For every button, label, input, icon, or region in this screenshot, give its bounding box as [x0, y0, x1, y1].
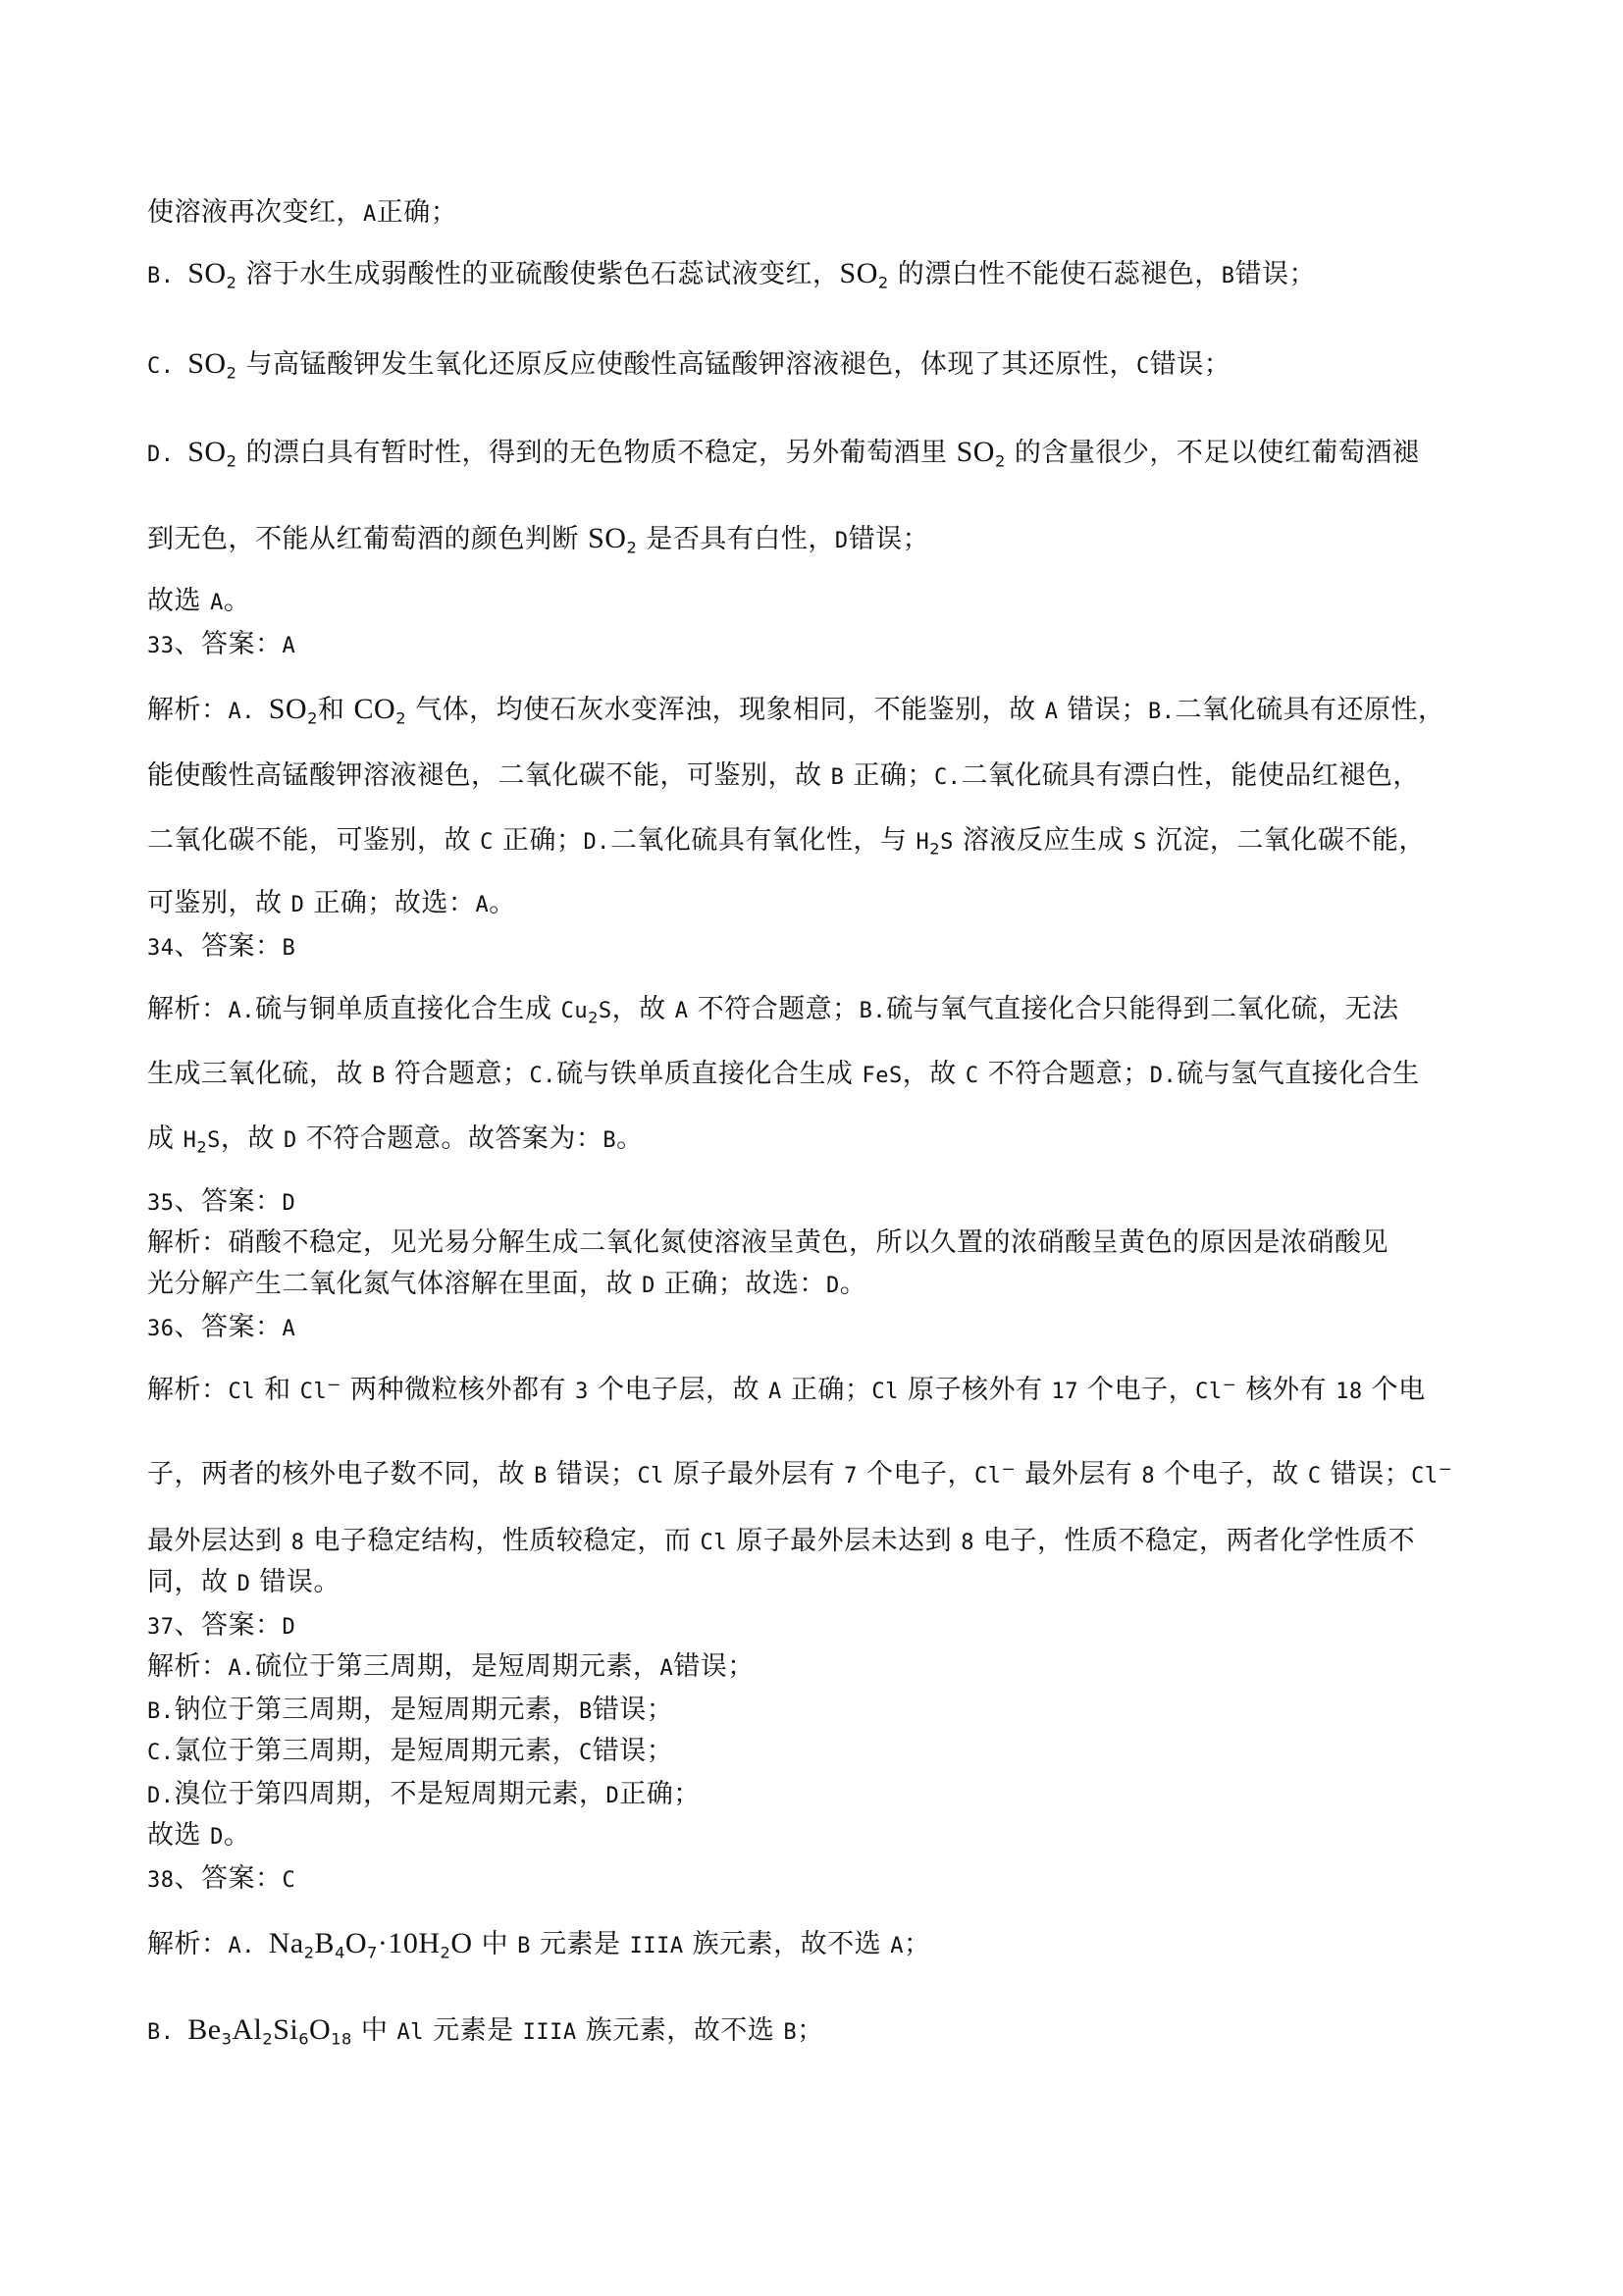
- text-segment: 解析：硝酸不稳定，见光易分解生成二氧化氮使溶液呈黄色，所以久置的浓硝酸呈黄色的原…: [147, 1227, 1388, 1258]
- text-segment: B.: [147, 264, 187, 288]
- text-segment: SO: [840, 257, 878, 289]
- text-segment: 2: [196, 1138, 207, 1157]
- text-segment: O: [345, 1927, 367, 1959]
- text-segment: 2: [307, 709, 318, 728]
- text-segment: 生成三氧化硫，故: [147, 1059, 372, 1089]
- text-segment: Cl: [229, 1380, 256, 1404]
- text-segment: S: [599, 999, 612, 1023]
- text-line: 35、答案：D: [147, 1185, 295, 1221]
- text-segment: D: [283, 1615, 296, 1640]
- text-segment: 正确；: [782, 1375, 872, 1405]
- text-segment: B: [831, 765, 845, 790]
- text-segment: ；: [904, 1929, 931, 1959]
- text-segment: SO: [269, 693, 307, 725]
- text-segment: IIIA: [523, 2020, 577, 2045]
- text-segment: 错误；: [593, 1695, 674, 1725]
- text-line: 最外层达到 8 电子稳定结构，性质较稳定，而 Cl 原子最外层未达到 8 电子，…: [147, 1525, 1415, 1560]
- text-line: 33、答案：A: [147, 628, 295, 663]
- text-segment: 错误；: [1150, 349, 1231, 380]
- text-segment: 符合题意；: [386, 1059, 530, 1089]
- text-segment: B: [283, 936, 296, 961]
- text-segment: 二氧化碳不能，可鉴别，故: [147, 825, 480, 856]
- text-segment: 、答案：: [175, 1863, 283, 1894]
- text-segment: D.: [1150, 1064, 1178, 1088]
- text-segment: 两种微粒核外都有: [341, 1375, 575, 1405]
- text-segment: 使溶液再次变红，: [147, 197, 363, 228]
- text-segment: 2: [262, 2030, 273, 2049]
- text-segment: 18: [1335, 1380, 1363, 1404]
- text-segment: B.: [860, 999, 887, 1023]
- text-segment: 、答案：: [175, 1610, 283, 1641]
- text-segment: A.: [229, 700, 269, 724]
- text-line: 34、答案：B: [147, 930, 295, 965]
- text-segment: C: [966, 1064, 979, 1088]
- text-segment: C: [1308, 1464, 1322, 1488]
- text-line: B.钠位于第三周期，是短周期元素，B错误；: [147, 1694, 673, 1729]
- text-segment: SO: [957, 436, 995, 468]
- text-line: B. Be3Al2Si6O18 中 Al 元素是 IIIA 族元素，故不选 B；: [147, 2013, 824, 2050]
- text-segment: 元素是: [424, 2015, 523, 2046]
- text-segment: B: [579, 1699, 593, 1724]
- text-segment: D: [291, 893, 305, 917]
- text-segment: 中: [473, 1929, 518, 1959]
- text-line: 可鉴别，故 D 正确；故选：A。: [147, 887, 516, 922]
- text-segment: ，故: [903, 1059, 966, 1089]
- text-line: D.溴位于第四周期，不是短周期元素，D正确；: [147, 1778, 701, 1813]
- text-segment: Cl: [871, 1380, 899, 1404]
- text-line: 解析：A. Na2B4O7·10H2O 中 B 元素是 IIIA 族元素，故不选…: [147, 1927, 931, 1963]
- text-segment: Al: [232, 2013, 262, 2046]
- text-line: 解析：硝酸不稳定，见光易分解生成二氧化氮使溶液呈黄色，所以久置的浓硝酸呈黄色的原…: [147, 1226, 1388, 1260]
- text-segment: 错误；: [1322, 1459, 1412, 1489]
- text-segment: 。: [489, 888, 516, 918]
- text-segment: Cl: [300, 1380, 328, 1404]
- text-segment: 38: [147, 1868, 175, 1893]
- text-segment: D: [826, 1274, 840, 1298]
- text-line: 使溶液再次变红，A正确；: [147, 196, 457, 232]
- text-segment: Cl: [637, 1464, 664, 1488]
- text-segment: S: [1133, 830, 1147, 855]
- text-segment: 2: [395, 709, 406, 728]
- text-line: D. SO2 的漂白具有暂时性，得到的无色物质不稳定，另外葡萄酒里 SO2 的含…: [147, 436, 1419, 472]
- text-segment: Cl: [1195, 1380, 1223, 1404]
- text-segment: B.: [147, 2020, 187, 2045]
- document-page: 使溶液再次变红，A正确；B. SO2 溶于水生成弱酸性的亚硫酸使紫色石蕊试液变红…: [0, 0, 1623, 2296]
- text-segment: 沉淀，二氧化碳不能，: [1147, 825, 1426, 856]
- text-segment: 2: [626, 539, 637, 557]
- text-segment: 是否具有白性，: [637, 524, 835, 554]
- text-segment: ；: [797, 2015, 824, 2046]
- text-segment: C: [1136, 354, 1150, 379]
- text-segment: 2: [878, 274, 889, 292]
- text-segment: C: [283, 1868, 296, 1893]
- text-segment: 解析：: [147, 1375, 229, 1405]
- text-segment: CO: [354, 693, 396, 725]
- text-segment: C.: [147, 354, 187, 379]
- text-segment: SO: [588, 522, 626, 554]
- text-segment: 2: [588, 1009, 599, 1027]
- text-segment: B: [315, 1927, 336, 1959]
- text-segment: 2: [304, 1944, 315, 1962]
- text-segment: 族元素，故不选: [684, 1929, 891, 1959]
- text-segment: 和: [318, 695, 354, 725]
- text-segment: C: [579, 1741, 593, 1765]
- text-segment: 。: [224, 586, 251, 616]
- text-segment: 2: [227, 452, 237, 471]
- text-segment: 成: [147, 1123, 183, 1154]
- text-line: 光分解产生二氧化氮气体溶解在里面，故 D 正确；故选：D。: [147, 1268, 866, 1303]
- text-segment: 2: [227, 364, 237, 383]
- text-line: 36、答案：A: [147, 1311, 295, 1346]
- text-segment: 子，两者的核外电子数不同，故: [147, 1459, 534, 1489]
- text-segment: D: [606, 1784, 620, 1808]
- text-segment: ⁻: [1001, 1459, 1016, 1489]
- text-segment: 不符合题意；: [689, 994, 860, 1024]
- text-segment: D: [237, 1572, 251, 1596]
- text-segment: 2: [995, 452, 1006, 471]
- text-segment: A: [363, 202, 377, 227]
- text-line: C.氯位于第三周期，是短周期元素，C错误；: [147, 1735, 673, 1770]
- text-segment: 硫位于第三周期，是短周期元素，: [255, 1651, 660, 1682]
- text-segment: 3: [575, 1380, 589, 1404]
- text-segment: C.: [934, 765, 962, 790]
- text-segment: ，故: [612, 994, 675, 1024]
- text-segment: Al: [397, 2020, 425, 2045]
- text-segment: Cl: [1411, 1464, 1439, 1488]
- text-segment: 溶于水生成弱酸性的亚硫酸使紫色石蕊试液变红，: [236, 259, 839, 289]
- text-segment: 二氧化硫具有氧化性，与: [610, 825, 916, 856]
- text-segment: ⁻: [1223, 1375, 1237, 1405]
- text-segment: A: [675, 999, 689, 1023]
- text-line: 二氧化碳不能，可鉴别，故 C 正确；D.二氧化硫具有氧化性，与 H2S 溶液反应…: [147, 824, 1426, 860]
- text-segment: 8: [291, 1531, 305, 1555]
- text-segment: D: [642, 1274, 655, 1298]
- text-segment: 个电子，: [858, 1459, 974, 1489]
- text-line: 解析：A.硫与铜单质直接化合生成 Cu2S，故 A 不符合题意；B.硫与氧气直接…: [147, 993, 1399, 1028]
- text-line: 同，故 D 错误。: [147, 1566, 340, 1601]
- text-segment: 37: [147, 1615, 175, 1640]
- text-segment: A.: [229, 1934, 269, 1958]
- text-line: C. SO2 与高锰酸钾发生氧化还原反应使酸性高锰酸钾溶液褪色，体现了其还原性，…: [147, 347, 1230, 384]
- text-segment: 硫与氢气直接化合生: [1177, 1059, 1420, 1089]
- text-segment: A: [768, 1380, 782, 1404]
- text-segment: 个电子，故: [1155, 1459, 1308, 1489]
- text-segment: B.: [1148, 700, 1176, 724]
- text-segment: D.: [147, 443, 187, 467]
- text-segment: 硫与铁单质直接化合生成: [556, 1059, 863, 1089]
- text-segment: Cu: [561, 999, 589, 1023]
- text-segment: 的含量很少，不足以使红葡萄酒褪: [1006, 438, 1420, 468]
- text-segment: 最外层有: [1016, 1459, 1141, 1489]
- text-line: B. SO2 溶于水生成弱酸性的亚硫酸使紫色石蕊试液变红，SO2 的漂白性不能使…: [147, 257, 1316, 293]
- text-segment: 错误；: [548, 1459, 638, 1489]
- text-line: 38、答案：C: [147, 1862, 295, 1898]
- text-segment: Cl: [974, 1464, 1002, 1488]
- text-segment: 错误；: [593, 1736, 674, 1766]
- text-segment: 可鉴别，故: [147, 888, 291, 918]
- text-segment: B: [602, 1128, 616, 1153]
- text-segment: 个电: [1363, 1375, 1426, 1405]
- text-segment: 能使酸性高锰酸钾溶液褪色，二氧化碳不能，可鉴别，故: [147, 760, 831, 791]
- text-segment: 电子稳定结构，性质较稳定，而: [304, 1526, 700, 1556]
- text-segment: 硫与氧气直接化合只能得到二氧化硫，无法: [886, 994, 1399, 1024]
- text-segment: B: [372, 1064, 386, 1088]
- text-segment: A: [283, 1317, 296, 1341]
- text-segment: 错误；: [1058, 695, 1148, 725]
- text-segment: A: [210, 591, 224, 615]
- text-segment: 17: [1052, 1380, 1079, 1404]
- text-segment: A.: [229, 999, 256, 1023]
- text-segment: D.: [583, 830, 610, 855]
- text-segment: D: [284, 1128, 297, 1153]
- text-segment: Be: [187, 2013, 221, 2046]
- text-segment: ⁻: [327, 1375, 341, 1405]
- text-segment: 7: [367, 1944, 378, 1962]
- text-segment: 解析：: [147, 1929, 229, 1959]
- text-line: 解析：A.硫位于第三周期，是短周期元素，A错误；: [147, 1650, 755, 1686]
- text-segment: 不符合题意；: [979, 1059, 1150, 1089]
- text-line: 解析：Cl 和 Cl⁻ 两种微粒核外都有 3 个电子层，故 A 正确；Cl 原子…: [147, 1374, 1426, 1409]
- text-segment: 的漂白具有暂时性，得到的无色物质不稳定，另外葡萄酒里: [236, 438, 956, 468]
- text-segment: 。: [840, 1269, 867, 1299]
- text-segment: D: [210, 1825, 224, 1850]
- text-line: 故选 D。: [147, 1819, 250, 1854]
- text-segment: 二氧化硫具有漂白性，能使品红褪色，: [961, 760, 1420, 791]
- text-segment: 2: [441, 1944, 451, 1962]
- text-segment: SO: [187, 436, 226, 468]
- text-line: 能使酸性高锰酸钾溶液褪色，二氧化碳不能，可鉴别，故 B 正确；C.二氧化硫具有漂…: [147, 759, 1420, 795]
- text-segment: B.: [147, 1699, 175, 1724]
- text-segment: 33: [147, 634, 175, 658]
- text-segment: 解析：: [147, 994, 229, 1024]
- text-segment: 6: [298, 2030, 309, 2049]
- text-segment: 和: [255, 1375, 300, 1405]
- text-segment: D: [835, 529, 849, 553]
- text-line: 子，两者的核外电子数不同，故 B 错误；Cl 原子最外层有 7 个电子，Cl⁻ …: [147, 1458, 1452, 1493]
- text-segment: B: [1222, 264, 1235, 288]
- text-segment: 、答案：: [175, 1186, 283, 1217]
- text-line: 成 H2S，故 D 不符合题意。故答案为：B。: [147, 1122, 644, 1158]
- text-segment: 二氧化硫具有还原性，: [1176, 695, 1445, 725]
- text-segment: 2: [929, 840, 940, 859]
- text-segment: 个电子层，故: [589, 1375, 768, 1405]
- text-segment: 不符合题意。故答案为：: [297, 1123, 603, 1154]
- text-segment: 溴位于第四周期，不是短周期元素，: [175, 1779, 606, 1809]
- text-segment: 钠位于第三周期，是短周期元素，: [175, 1695, 580, 1725]
- text-segment: H: [916, 830, 930, 855]
- text-segment: 硫与铜单质直接化合生成: [255, 994, 561, 1024]
- text-segment: 正确；: [844, 760, 934, 791]
- text-segment: C: [480, 830, 494, 855]
- text-segment: 到无色，不能从红葡萄酒的颜色判断: [147, 524, 588, 554]
- text-segment: 族元素，故不选: [577, 2015, 784, 2046]
- text-segment: ⁻: [1439, 1459, 1453, 1489]
- text-segment: 解析：: [147, 695, 229, 725]
- text-segment: 元素是: [531, 1929, 630, 1959]
- text-segment: 36: [147, 1317, 175, 1341]
- text-segment: B: [783, 2020, 797, 2045]
- text-line: 37、答案：D: [147, 1609, 295, 1644]
- text-segment: 中: [352, 2015, 397, 2046]
- text-segment: 、答案：: [175, 1312, 283, 1342]
- text-segment: 最外层达到: [147, 1526, 291, 1556]
- text-segment: FeS: [863, 1064, 903, 1088]
- text-segment: 、答案：: [175, 931, 283, 962]
- text-segment: 2: [227, 274, 237, 292]
- text-segment: 。: [616, 1123, 644, 1154]
- text-segment: Si: [273, 2013, 298, 2046]
- text-segment: 原子最外层未达到: [727, 1526, 961, 1556]
- text-segment: C.: [147, 1741, 175, 1765]
- text-segment: 原子最外层有: [664, 1459, 844, 1489]
- text-segment: A: [890, 1934, 904, 1958]
- text-segment: 。: [224, 1820, 251, 1851]
- text-segment: 光分解产生二氧化氮气体溶解在里面，故: [147, 1269, 642, 1299]
- text-segment: 故选: [147, 586, 210, 616]
- text-segment: 正确；: [494, 825, 584, 856]
- text-segment: 气体，均使石灰水变浑浊，现象相同，不能鉴别，故: [406, 695, 1045, 725]
- text-segment: Na: [269, 1927, 304, 1959]
- text-segment: ，故: [221, 1123, 284, 1154]
- text-segment: O: [450, 1927, 472, 1959]
- text-segment: C.: [529, 1064, 556, 1088]
- text-segment: H: [183, 1128, 197, 1153]
- text-line: 解析：A. SO2和 CO2 气体，均使石灰水变浑浊，现象相同，不能鉴别，故 A…: [147, 693, 1445, 729]
- text-segment: SO: [187, 257, 226, 289]
- text-segment: 溶液反应生成: [954, 825, 1133, 856]
- text-segment: 故选: [147, 1820, 210, 1851]
- text-segment: 错误；: [1235, 259, 1317, 289]
- text-segment: IIIA: [630, 1934, 684, 1958]
- text-segment: 同，故: [147, 1567, 237, 1597]
- text-segment: 正确；: [377, 197, 458, 228]
- text-segment: A: [660, 1656, 674, 1681]
- text-segment: 4: [335, 1944, 345, 1962]
- text-segment: 34: [147, 936, 175, 961]
- text-segment: 错误；: [849, 524, 930, 554]
- text-segment: 核外有: [1236, 1375, 1335, 1405]
- text-segment: ·10H: [378, 1927, 441, 1959]
- text-segment: 与高锰酸钾发生氧化还原反应使酸性高锰酸钾溶液褪色，体现了其还原性，: [236, 349, 1136, 380]
- text-segment: D: [283, 1191, 296, 1216]
- text-segment: B: [517, 1934, 531, 1958]
- text-segment: SO: [187, 347, 226, 380]
- text-segment: 、答案：: [175, 629, 283, 659]
- text-line: 到无色，不能从红葡萄酒的颜色判断 SO2 是否具有白性，D错误；: [147, 522, 929, 558]
- text-segment: 7: [844, 1464, 858, 1488]
- text-segment: S: [940, 830, 954, 855]
- text-segment: 错误。: [250, 1567, 340, 1597]
- text-segment: 氯位于第三周期，是短周期元素，: [175, 1736, 580, 1766]
- text-segment: A: [475, 893, 489, 917]
- text-segment: 3: [222, 2030, 233, 2049]
- text-segment: A: [1045, 700, 1059, 724]
- text-segment: O: [309, 2013, 331, 2046]
- text-line: 生成三氧化硫，故 B 符合题意；C.硫与铁单质直接化合生成 FeS，故 C 不符…: [147, 1058, 1420, 1093]
- text-segment: 个电子，: [1078, 1375, 1195, 1405]
- text-segment: B: [534, 1464, 548, 1488]
- text-line: 故选 A。: [147, 585, 250, 620]
- text-segment: 8: [1141, 1464, 1155, 1488]
- text-segment: 错误；: [673, 1651, 755, 1682]
- text-segment: 解析：: [147, 1651, 229, 1682]
- text-segment: 18: [331, 2030, 352, 2049]
- text-segment: Cl: [701, 1531, 728, 1555]
- text-segment: 正确；故选：: [304, 888, 475, 918]
- text-segment: 的漂白性不能使石蕊褪色，: [889, 259, 1222, 289]
- text-segment: 8: [961, 1531, 974, 1555]
- text-segment: 原子核外有: [899, 1375, 1052, 1405]
- text-segment: 正确；: [619, 1779, 701, 1809]
- text-segment: 35: [147, 1191, 175, 1216]
- text-segment: S: [207, 1128, 221, 1153]
- text-segment: 电子，性质不稳定，两者化学性质不: [974, 1526, 1415, 1556]
- text-segment: 正确；故选：: [655, 1269, 826, 1299]
- text-segment: A.: [229, 1656, 256, 1681]
- text-segment: D.: [147, 1784, 175, 1808]
- text-segment: A: [283, 634, 296, 658]
